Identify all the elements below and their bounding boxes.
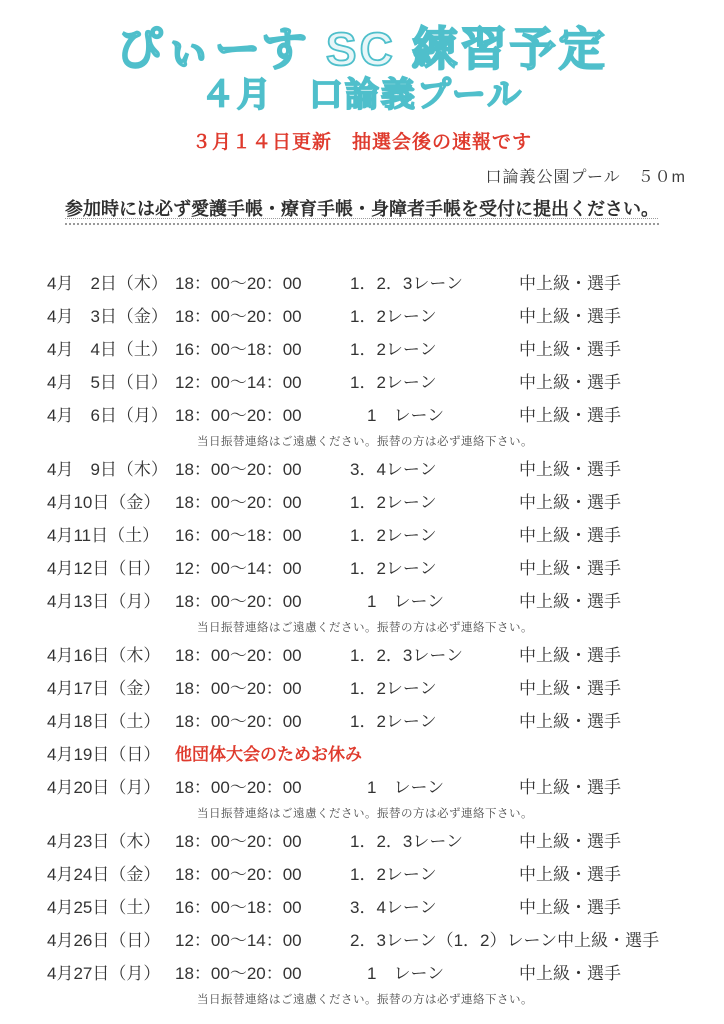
- page-subtitle: ４月 口論義プール: [0, 76, 724, 115]
- schedule-row: 4月27日（月） 18：00～20：00 1 レーン 中上級・選手: [47, 955, 704, 988]
- row-level: 中上級・選手: [519, 368, 621, 393]
- row-time: 18：00～20：00: [175, 269, 350, 294]
- schedule-list: 4月 2日（木） 18：00～20：00 1．2．3レーン 中上級・選手 4月 …: [0, 265, 724, 1009]
- row-date: 4月19日（日）: [47, 740, 175, 765]
- page-title: ぴぃーす SC 練習予定: [0, 22, 724, 76]
- row-date: 4月20日（月）: [47, 773, 175, 798]
- row-level: 中上級・選手: [519, 674, 621, 699]
- row-lanes: 1．2．3レーン: [350, 641, 519, 666]
- row-date: 4月10日（金）: [47, 488, 175, 513]
- row-level: 中上級・選手: [519, 302, 621, 327]
- schedule-row: 4月 4日（土） 16：00～18：00 1．2レーン 中上級・選手: [47, 331, 704, 364]
- schedule-row: 4月 2日（木） 18：00～20：00 1．2．3レーン 中上級・選手: [47, 265, 704, 298]
- schedule-row: 4月 6日（月） 18：00～20：00 1 レーン 中上級・選手: [47, 397, 704, 430]
- row-level: 中上級・選手: [519, 335, 621, 360]
- schedule-row: 4月26日（日） 12：00～14：00 2．3レーン（1．2）レーン 中上級・…: [47, 922, 704, 955]
- row-level: 中上級・選手: [519, 587, 621, 612]
- schedule-row-closed: 4月19日（日） 他団体大会のためお休み: [47, 736, 704, 769]
- row-lanes: 1．2レーン: [350, 368, 519, 393]
- row-date: 4月 9日（木）: [47, 455, 175, 480]
- schedule-row: 4月20日（月） 18：00～20：00 1 レーン 中上級・選手: [47, 769, 704, 802]
- row-lanes: 1．2レーン: [350, 674, 519, 699]
- row-lanes: 1．2レーン: [350, 521, 519, 546]
- row-lanes: 3．4レーン: [350, 455, 519, 480]
- row-time: 18：00～20：00: [175, 455, 350, 480]
- row-date: 4月 3日（金）: [47, 302, 175, 327]
- row-lanes: 1 レーン: [350, 959, 519, 984]
- schedule-row: 4月23日（木） 18：00～20：00 1．2．3レーン 中上級・選手: [47, 823, 704, 856]
- row-time: 16：00～18：00: [175, 893, 350, 918]
- row-time: 18：00～20：00: [175, 827, 350, 852]
- schedule-row: 4月13日（月） 18：00～20：00 1 レーン 中上級・選手: [47, 583, 704, 616]
- row-lanes: 1．2．3レーン: [350, 269, 519, 294]
- row-level: 中上級・選手: [519, 860, 621, 885]
- row-date: 4月23日（木）: [47, 827, 175, 852]
- row-date: 4月13日（月）: [47, 587, 175, 612]
- row-time: 18：00～20：00: [175, 773, 350, 798]
- row-time: 18：00～20：00: [175, 641, 350, 666]
- row-date: 4月24日（金）: [47, 860, 175, 885]
- schedule-row: 4月12日（日） 12：00～14：00 1．2レーン 中上級・選手: [47, 550, 704, 583]
- requirement-notice: 参加時には必ず愛護手帳・療育手帳・身障者手帳を受付に提出ください。: [0, 195, 724, 225]
- row-time: 18：00～20：00: [175, 674, 350, 699]
- schedule-row: 4月24日（金） 18：00～20：00 1．2レーン 中上級・選手: [47, 856, 704, 889]
- row-level: 中上級・選手: [519, 893, 621, 918]
- row-date: 4月17日（金）: [47, 674, 175, 699]
- row-level: 中上級・選手: [519, 269, 621, 294]
- row-time: 12：00～14：00: [175, 926, 350, 951]
- row-lanes: 3．4レーン: [350, 893, 519, 918]
- row-level: 中上級・選手: [519, 641, 621, 666]
- row-time: 18：00～20：00: [175, 488, 350, 513]
- transfer-note: 当日振替連絡はご遠慮ください。振替の方は必ず連絡下さい。: [47, 802, 704, 823]
- row-date: 4月12日（日）: [47, 554, 175, 579]
- row-lanes: 1．2レーン: [350, 554, 519, 579]
- row-time: 18：00～20：00: [175, 302, 350, 327]
- schedule-row: 4月 9日（木） 18：00～20：00 3．4レーン 中上級・選手: [47, 451, 704, 484]
- row-level: 中上級・選手: [519, 455, 621, 480]
- row-time: 18：00～20：00: [175, 860, 350, 885]
- row-date: 4月 6日（月）: [47, 401, 175, 426]
- row-lanes: 2．3レーン（1．2）レーン: [350, 926, 557, 951]
- schedule-row: 4月10日（金） 18：00～20：00 1．2レーン 中上級・選手: [47, 484, 704, 517]
- row-date: 4月16日（木）: [47, 641, 175, 666]
- row-level: 中上級・選手: [519, 401, 621, 426]
- row-level: 中上級・選手: [519, 827, 621, 852]
- row-time: 16：00～18：00: [175, 335, 350, 360]
- schedule-row: 4月11日（土） 16：00～18：00 1．2レーン 中上級・選手: [47, 517, 704, 550]
- document-page: ぴぃーす SC 練習予定 ４月 口論義プール ３月１４日更新 抽選会後の速報です…: [0, 0, 724, 1024]
- row-lanes: 1 レーン: [350, 773, 519, 798]
- row-date: 4月25日（土）: [47, 893, 175, 918]
- row-lanes: 1．2．3レーン: [350, 827, 519, 852]
- schedule-row: 4月16日（木） 18：00～20：00 1．2．3レーン 中上級・選手: [47, 637, 704, 670]
- row-level: 中上級・選手: [519, 959, 621, 984]
- update-notice: ３月１４日更新 抽選会後の速報です: [0, 127, 724, 154]
- row-lanes: 1．2レーン: [350, 488, 519, 513]
- row-level: 中上級・選手: [519, 707, 621, 732]
- schedule-row: 4月18日（土） 18：00～20：00 1．2レーン 中上級・選手: [47, 703, 704, 736]
- row-lanes: 1．2レーン: [350, 302, 519, 327]
- row-lanes: 1．2レーン: [350, 707, 519, 732]
- row-time: 18：00～20：00: [175, 401, 350, 426]
- row-level: 中上級・選手: [557, 926, 659, 951]
- transfer-note: 当日振替連絡はご遠慮ください。振替の方は必ず連絡下さい。: [47, 988, 704, 1009]
- row-level: 中上級・選手: [519, 488, 621, 513]
- row-date: 4月18日（土）: [47, 707, 175, 732]
- row-level: 中上級・選手: [519, 773, 621, 798]
- row-date: 4月26日（日）: [47, 926, 175, 951]
- row-level: 中上級・選手: [519, 554, 621, 579]
- schedule-row: 4月17日（金） 18：00～20：00 1．2レーン 中上級・選手: [47, 670, 704, 703]
- row-lanes: 1．2レーン: [350, 860, 519, 885]
- row-date: 4月 5日（日）: [47, 368, 175, 393]
- schedule-row: 4月 5日（日） 12：00～14：00 1．2レーン 中上級・選手: [47, 364, 704, 397]
- row-time: 18：00～20：00: [175, 707, 350, 732]
- row-date: 4月11日（土）: [47, 521, 175, 546]
- row-time: 12：00～14：00: [175, 368, 350, 393]
- requirement-notice-text: 参加時には必ず愛護手帳・療育手帳・身障者手帳を受付に提出ください。: [65, 195, 659, 225]
- row-date: 4月 4日（土）: [47, 335, 175, 360]
- schedule-row: 4月 3日（金） 18：00～20：00 1．2レーン 中上級・選手: [47, 298, 704, 331]
- row-time: 18：00～20：00: [175, 959, 350, 984]
- transfer-note: 当日振替連絡はご遠慮ください。振替の方は必ず連絡下さい。: [47, 430, 704, 451]
- row-time: 12：00～14：00: [175, 554, 350, 579]
- row-closed-reason: 他団体大会のためお休み: [175, 740, 362, 765]
- row-time: 18：00～20：00: [175, 587, 350, 612]
- pool-info: 口論義公園プール ５０m: [0, 164, 724, 187]
- row-lanes: 1 レーン: [350, 401, 519, 426]
- schedule-row: 4月25日（土） 16：00～18：00 3．4レーン 中上級・選手: [47, 889, 704, 922]
- transfer-note: 当日振替連絡はご遠慮ください。振替の方は必ず連絡下さい。: [47, 616, 704, 637]
- row-date: 4月 2日（木）: [47, 269, 175, 294]
- row-lanes: 1．2レーン: [350, 335, 519, 360]
- row-date: 4月27日（月）: [47, 959, 175, 984]
- row-level: 中上級・選手: [519, 521, 621, 546]
- row-time: 16：00～18：00: [175, 521, 350, 546]
- row-lanes: 1 レーン: [350, 587, 519, 612]
